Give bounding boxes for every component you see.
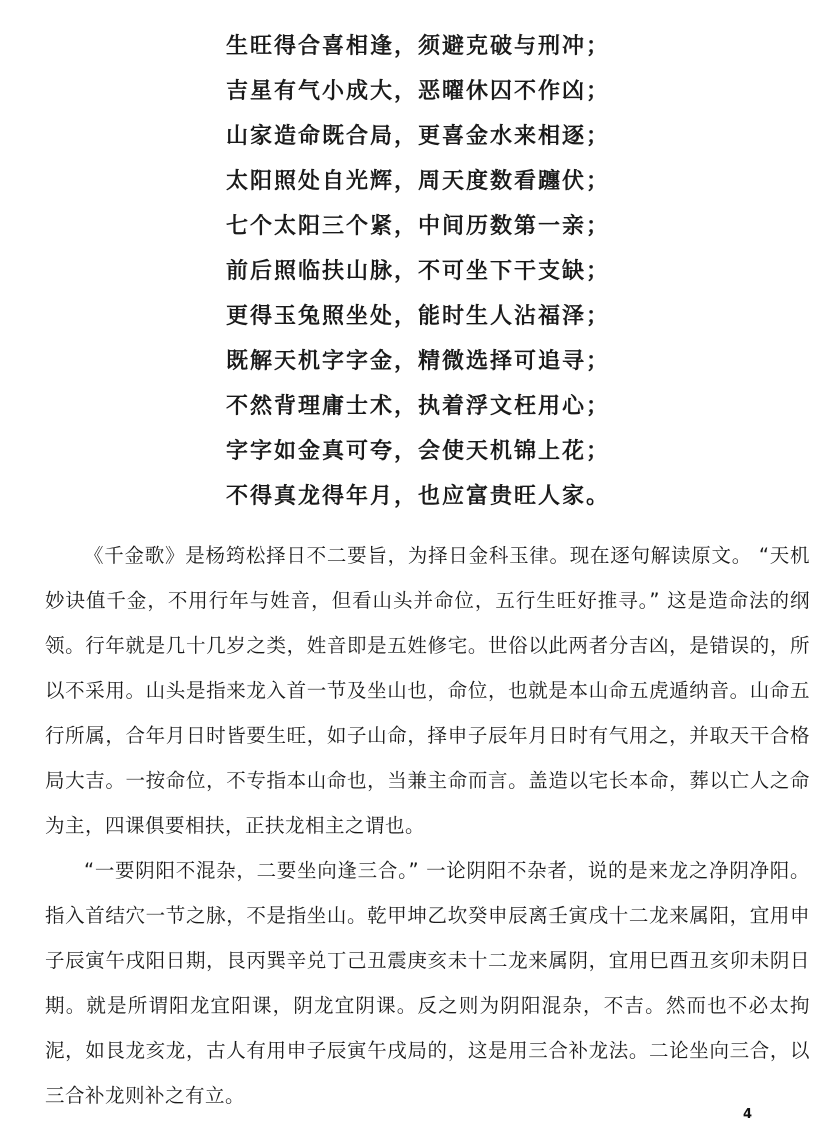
paragraph-2: “一要阴阳不混杂，二要坐向逢三合。” 一论阴阳不杂者，说的是来龙之净阴净阳。指入… [45, 848, 810, 1118]
verse-line-1: 生旺得合喜相逢，须避克破与刑冲； [0, 24, 836, 69]
page-number: 4 [743, 1107, 752, 1122]
verse-line-9: 不然背理庸士术，执着浮文枉用心； [0, 384, 836, 429]
verse-line-3: 山家造命既合局，更喜金水来相逐； [0, 114, 836, 159]
verse-block: 生旺得合喜相逢，须避克破与刑冲； 吉星有气小成大，恶曜休囚不作凶； 山家造命既合… [0, 0, 836, 519]
verse-line-2: 吉星有气小成大，恶曜休囚不作凶； [0, 69, 836, 114]
verse-line-6: 前后照临扶山脉，不可坐下干支缺； [0, 249, 836, 294]
verse-line-5: 七个太阳三个紧，中间历数第一亲； [0, 204, 836, 249]
verse-line-10: 字字如金真可夸，会使天机锦上花； [0, 429, 836, 474]
body-text: 《千金歌》是杨筠松择日不二要旨，为择日金科玉律。现在逐句解读原文。 “天机妙诀值… [45, 533, 810, 1118]
verse-line-8: 既解天机字字金，精微选择可追寻； [0, 339, 836, 384]
verse-line-4: 太阳照处自光辉，周天度数看躔伏； [0, 159, 836, 204]
paragraph-1: 《千金歌》是杨筠松择日不二要旨，为择日金科玉律。现在逐句解读原文。 “天机妙诀值… [45, 533, 810, 848]
verse-line-7: 更得玉兔照坐处，能时生人沾福泽； [0, 294, 836, 339]
verse-line-11: 不得真龙得年月，也应富贵旺人家。 [0, 474, 836, 519]
document-page: 生旺得合喜相逢，须避克破与刑冲； 吉星有气小成大，恶曜休囚不作凶； 山家造命既合… [0, 0, 836, 1144]
